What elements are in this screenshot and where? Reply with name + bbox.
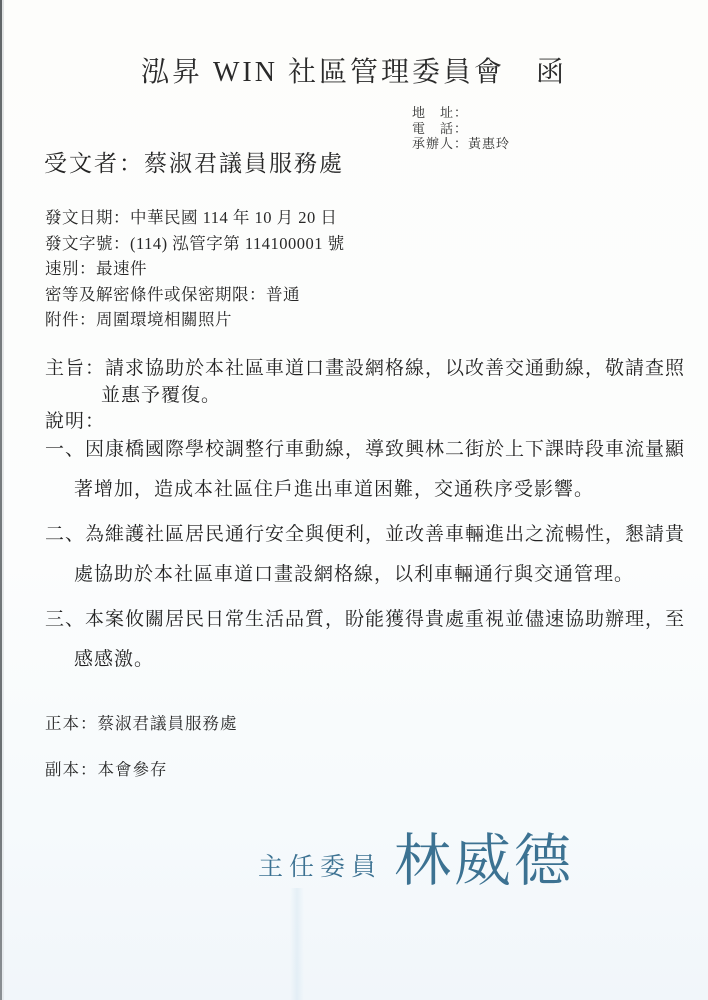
attachment-line: 附件：周圍環境相關照片	[45, 307, 345, 333]
scanned-official-letter: 泓昇 WIN 社區管理委員會 函 地 址： 電 話： 承辦人：黃惠玲 受文者：蔡…	[0, 0, 708, 1000]
signature-name: 林威德	[394, 815, 574, 897]
document-title: 泓昇 WIN 社區管理委員會 函	[0, 50, 708, 90]
recipient-line: 受文者：蔡淑君議員服務處	[44, 145, 344, 178]
original-copy-line: 正本：蔡淑君議員服務處	[45, 710, 238, 734]
priority-line: 速別：最速件	[45, 256, 345, 282]
sender-contact-block: 地 址： 電 話： 承辦人：黃惠玲	[412, 105, 510, 152]
document-meta-block: 發文日期：中華民國 114 年 10 月 20 日 發文字號：(114) 泓管字…	[45, 205, 345, 333]
explanation-item-3-line-2: 感感激。	[74, 644, 154, 671]
issue-date-line: 發文日期：中華民國 114 年 10 月 20 日	[45, 205, 345, 231]
subject-line-2: 並惠予覆復。	[101, 380, 221, 407]
contact-address: 地 址：	[412, 105, 510, 121]
contact-phone: 電 話：	[412, 121, 510, 137]
explanation-item-2-line-2: 處協助於本社區車道口畫設網格線，以利車輛通行與交通管理。	[74, 559, 634, 586]
explanation-item-3-line-1: 三、本案攸關居民日常生活品質，盼能獲得貴處重視並儘速協助辦理，至	[45, 604, 685, 631]
security-line: 密等及解密條件或保密期限：普通	[45, 282, 345, 308]
document-number-line: 發文字號：(114) 泓管字第 114100001 號	[45, 231, 345, 257]
explanation-label: 說明：	[45, 406, 105, 433]
signature-title: 主任委員	[258, 847, 382, 883]
explanation-item-1-line-2: 著增加，造成本社區住戶進出車道困難，交通秩序受影響。	[74, 474, 594, 501]
paper-fold-shade	[290, 888, 304, 1000]
duplicate-copy-line: 副本：本會參存	[45, 756, 168, 780]
subject-line-1: 主旨：請求協助於本社區車道口畫設網格線，以改善交通動線，敬請查照	[45, 353, 685, 380]
contact-handler: 承辦人：黃惠玲	[412, 136, 510, 152]
explanation-item-2-line-1: 二、為維護社區居民通行安全與便利，並改善車輛進出之流暢性，懇請貴	[45, 519, 685, 546]
scanner-edge-shadow	[2, 0, 4, 1000]
explanation-item-1-line-1: 一、因康橋國際學校調整行車動線，導致興林二街於上下課時段車流量顯	[45, 434, 685, 461]
